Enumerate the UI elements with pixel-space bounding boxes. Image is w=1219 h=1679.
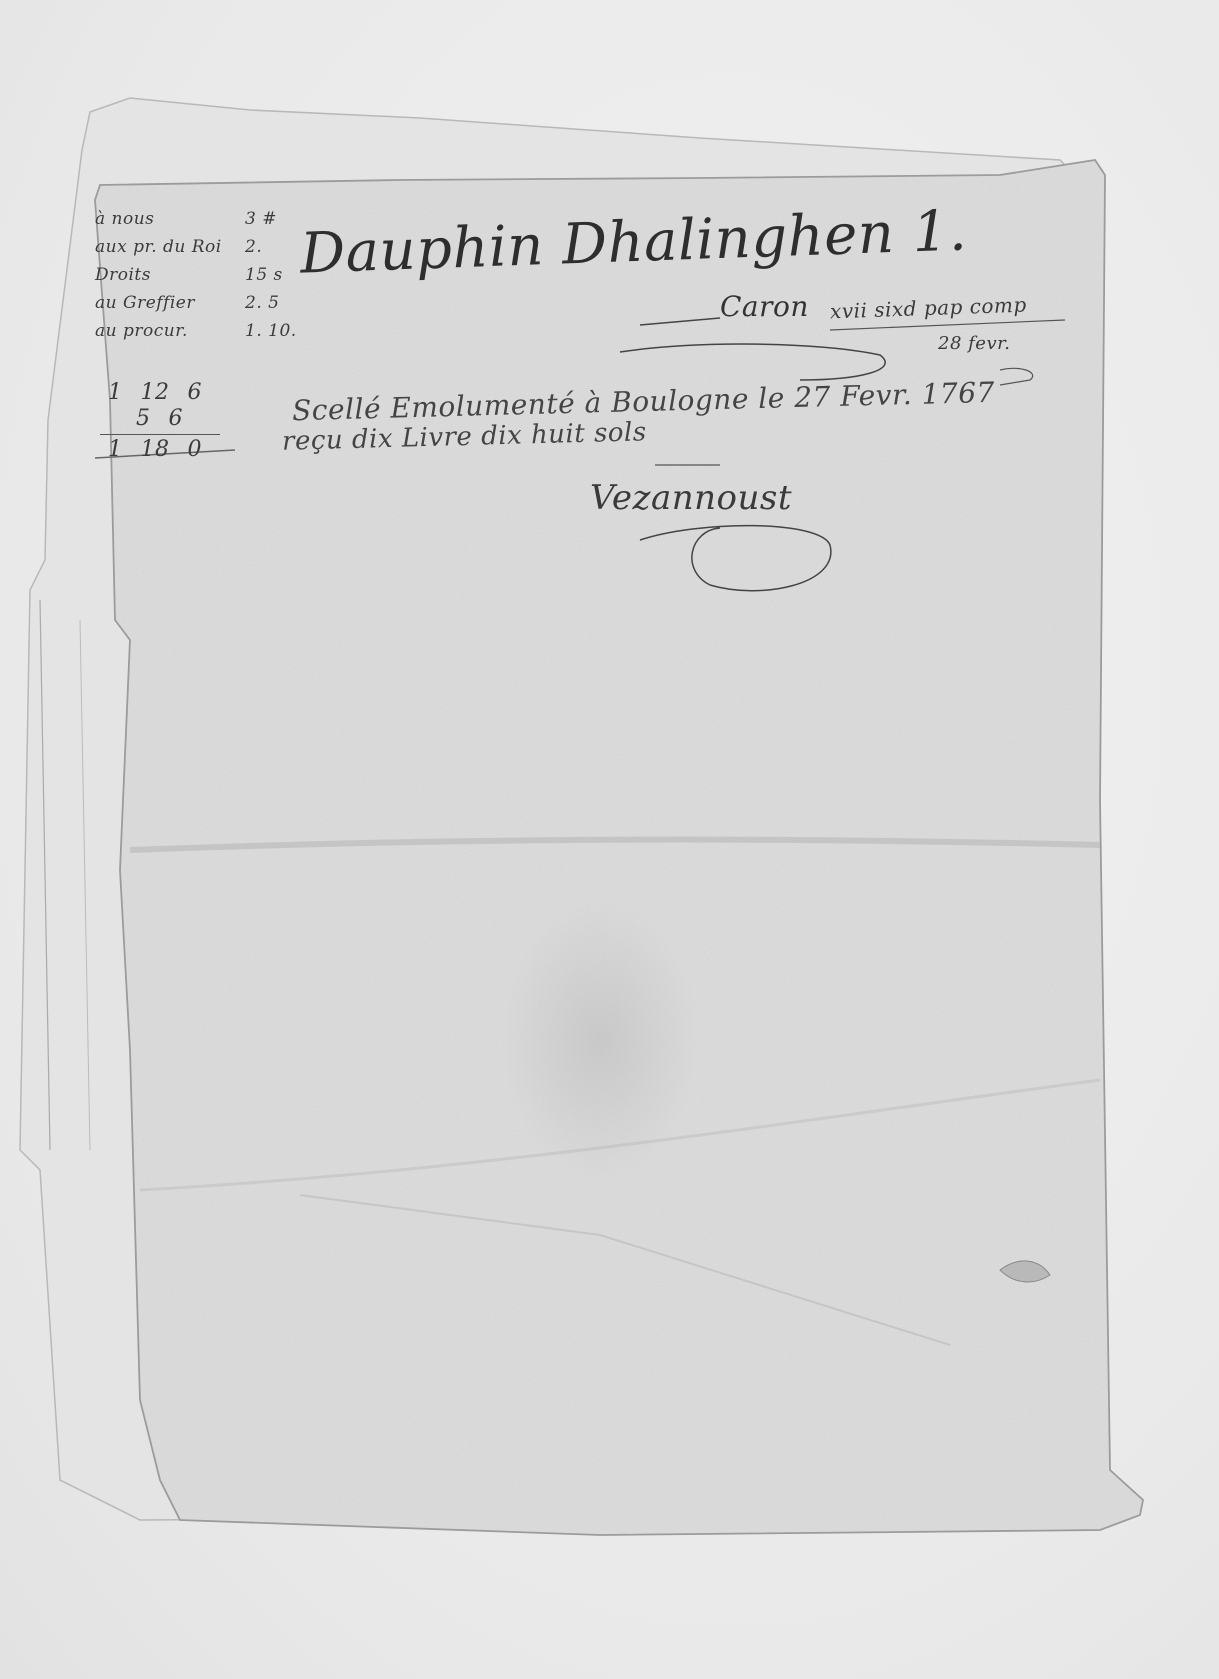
water-stain (500, 900, 700, 1180)
sum-line: 5 6 (108, 406, 220, 432)
seal-signature: Vezannoust (590, 478, 792, 518)
clerk-signature: Caron (720, 290, 809, 323)
sum-total: 1 18 0 (108, 437, 220, 463)
ledger-row: au procur. 1. 10. (95, 317, 305, 345)
ledger-row: au Greffier 2. 5 (95, 289, 305, 317)
ledger-row: aux pr. du Roi 2. (95, 233, 305, 261)
sum-line: 1 12 6 (108, 380, 220, 406)
ledger-row: à nous 3 # (95, 205, 305, 233)
sum-rule (100, 434, 220, 435)
ledger-row: Droits 15 s (95, 261, 305, 289)
clerk-date: 28 fevr. (938, 333, 1010, 354)
fee-ledger: à nous 3 # aux pr. du Roi 2. Droits 15 s… (95, 205, 305, 345)
ledger-sums: 1 12 6 5 6 1 18 0 (108, 380, 220, 463)
